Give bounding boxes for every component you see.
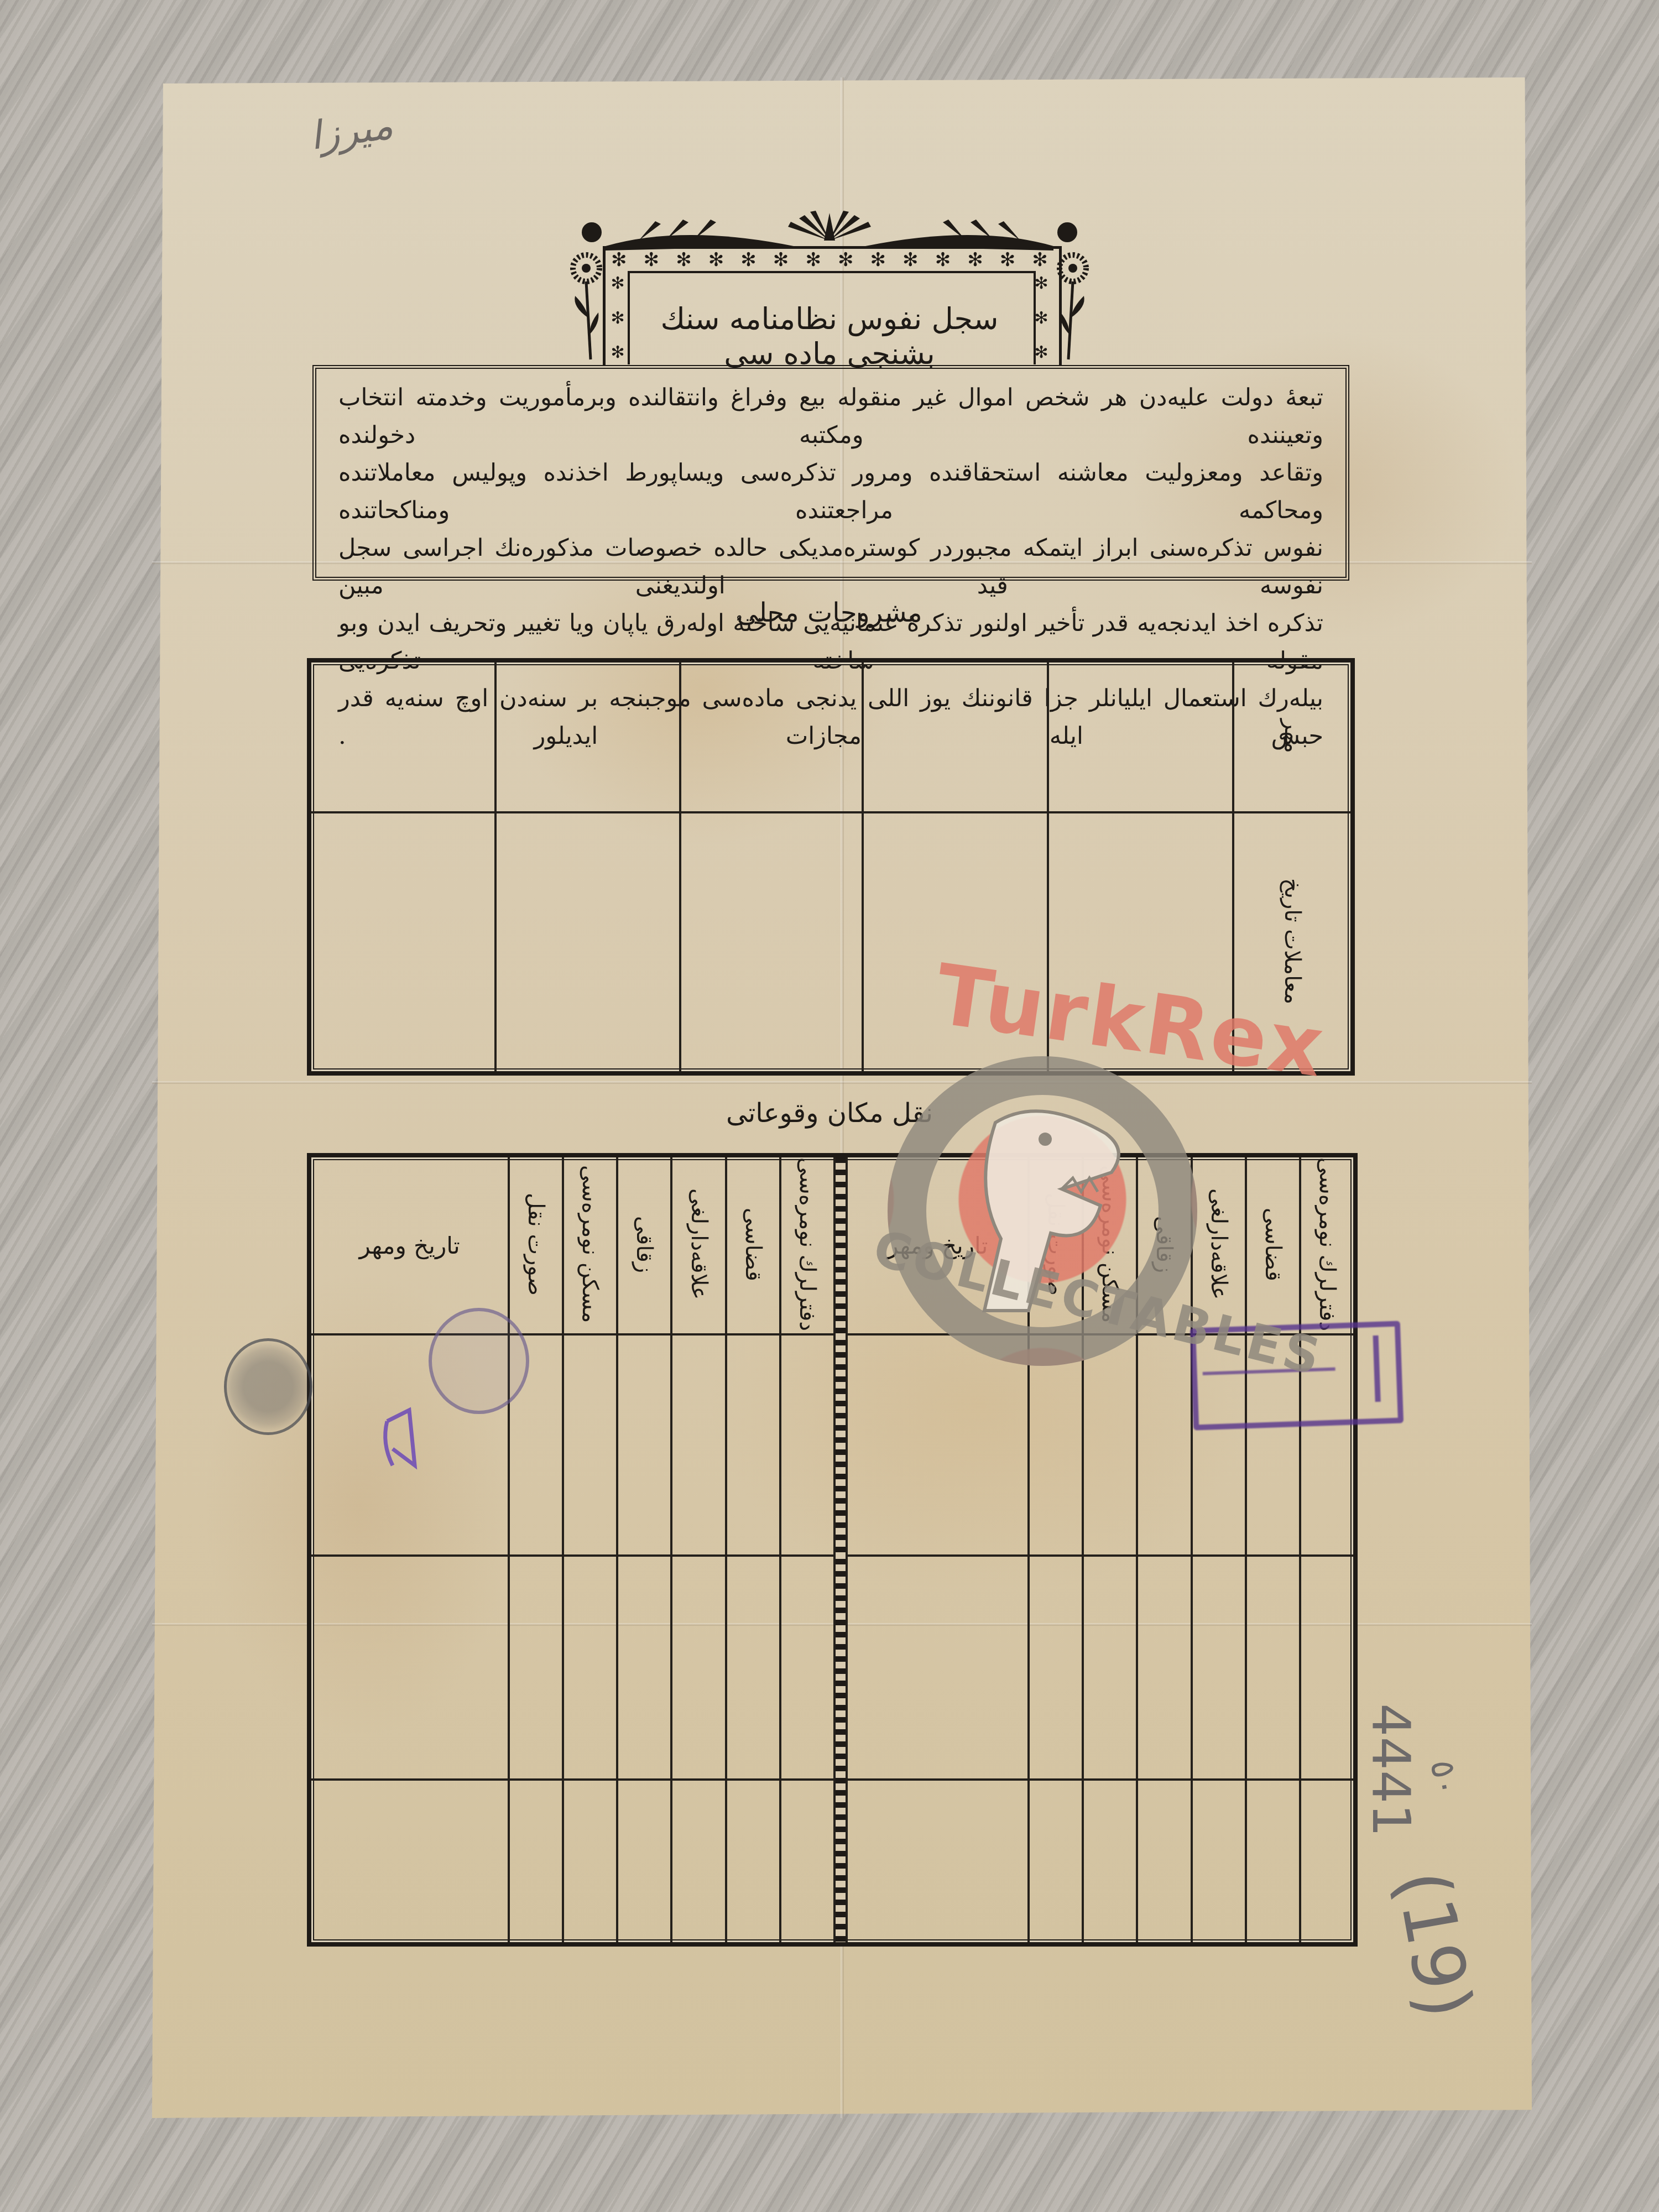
- table-cell[interactable]: [1137, 1780, 1191, 1944]
- horizontal-fold-line: [152, 1081, 1532, 1084]
- section-title-relocation: نقل مكان وقوعاتی: [691, 1098, 968, 1129]
- table-row: معاملات تاریخ: [309, 812, 1353, 1073]
- table-cell[interactable]: [680, 660, 863, 812]
- table-cell[interactable]: [563, 1556, 617, 1780]
- table-cell[interactable]: [726, 1334, 780, 1556]
- table-cell[interactable]: [680, 812, 863, 1073]
- table-cell[interactable]: [1246, 1780, 1300, 1944]
- table-cell[interactable]: [1137, 1334, 1191, 1556]
- side-star-border-left: ✻✻✻: [607, 274, 629, 362]
- header-cell: صورت نقل: [509, 1155, 563, 1334]
- header-cell: دفترلرك نومره‌سی: [1300, 1155, 1355, 1334]
- table-header-row: تاریخ ومهر صورت نقل مسكن نومره‌سی زقاقی …: [309, 1155, 1355, 1334]
- table-cell[interactable]: [726, 1780, 780, 1944]
- header-cell: زقاقی: [617, 1155, 671, 1334]
- relocation-table: تاریخ ومهر صورت نقل مسكن نومره‌سی زقاقی …: [307, 1153, 1358, 1947]
- table-cell[interactable]: [309, 1780, 509, 1944]
- table-cell[interactable]: [1083, 1556, 1137, 1780]
- header-cell: دفترلرك نومره‌سی: [780, 1155, 834, 1334]
- table-row: [309, 1556, 1355, 1780]
- table-cell[interactable]: [1029, 1556, 1083, 1780]
- table-cell[interactable]: [847, 1556, 1029, 1780]
- notice-line: وتقاعد ومعزولیت معاشنه استحقاقنده ومرور …: [338, 454, 1323, 529]
- table-cell[interactable]: [1192, 1556, 1246, 1780]
- table-cell[interactable]: [563, 1780, 617, 1944]
- table-cell[interactable]: [1300, 1556, 1355, 1780]
- round-embossed-seal: [224, 1338, 312, 1435]
- table-cell[interactable]: [1029, 1780, 1083, 1944]
- header-date-seal: تاریخ ومهر: [847, 1155, 1029, 1334]
- table-cell[interactable]: [1048, 660, 1233, 812]
- table-cell[interactable]: [1192, 1780, 1246, 1944]
- table-cell[interactable]: [1300, 1780, 1355, 1944]
- table-cell[interactable]: [495, 660, 681, 812]
- legal-notice-box: تبعهٔ دولت علیه‌دن هر شخص اموال غیر منقو…: [312, 365, 1349, 581]
- table-cell[interactable]: [509, 1780, 563, 1944]
- table-cell[interactable]: [1029, 1334, 1083, 1556]
- rectangular-ink-stamp: [1190, 1321, 1404, 1430]
- table-cell[interactable]: [1083, 1780, 1137, 1944]
- section-title-local-conditions: مشروحات محلی: [719, 597, 940, 628]
- star-border: ✻✻✻✻✻✻✻✻✻✻✻✻✻✻: [611, 252, 1048, 268]
- header-cartouche: ✻✻✻✻✻✻✻✻✻✻✻✻✻✻ ✻✻✻ ✻✻✻ سجل نفوس نظامنامه…: [572, 207, 1087, 362]
- table-cell[interactable]: [780, 1556, 834, 1780]
- header-cell: قضاسی: [726, 1155, 780, 1334]
- row-label-cell: معاملات تاریخ: [1233, 812, 1353, 1073]
- table-cell[interactable]: [617, 1556, 671, 1780]
- table-cell[interactable]: [847, 1334, 1029, 1556]
- table-row: مهر: [309, 660, 1353, 812]
- header-cell: علاقه‌دارلغی: [1192, 1155, 1246, 1334]
- table-cell[interactable]: [309, 1556, 509, 1780]
- table-cell[interactable]: [780, 1780, 834, 1944]
- header-cell: علاقه‌دارلغی: [671, 1155, 726, 1334]
- table-cell[interactable]: [863, 660, 1048, 812]
- table-cell[interactable]: [671, 1556, 726, 1780]
- header-cell: صورت نقل: [1029, 1155, 1083, 1334]
- header-cell: مسكن نومره‌سی: [563, 1155, 617, 1334]
- table-cell[interactable]: [671, 1780, 726, 1944]
- table-cell[interactable]: [309, 660, 495, 812]
- table-cell[interactable]: [1137, 1556, 1191, 1780]
- notice-line: نفوس تذکره‌سنی ابراز ایتمکه مجبوردر کوست…: [338, 529, 1323, 604]
- notice-line: تبعهٔ دولت علیه‌دن هر شخص اموال غیر منقو…: [338, 379, 1323, 454]
- header-cell: مسكن نومره‌سی: [1083, 1155, 1137, 1334]
- row-label-seal: مهر: [1280, 719, 1305, 753]
- purple-initials-icon: [376, 1399, 426, 1477]
- table-cell[interactable]: [726, 1556, 780, 1780]
- form-title: سجل نفوس نظامنامه سنك بشنجی ماده سی: [628, 301, 1031, 371]
- table-cell[interactable]: [563, 1334, 617, 1556]
- row-label-cell: مهر: [1233, 660, 1353, 812]
- table-cell[interactable]: [780, 1334, 834, 1556]
- pencil-number: 4441: [1360, 1703, 1421, 1837]
- pencil-arabic-number: ٥٠: [1422, 1757, 1467, 1799]
- table-cell[interactable]: [509, 1556, 563, 1780]
- flower-ornament-icon: [1056, 246, 1089, 362]
- table-cell[interactable]: [847, 1780, 1029, 1944]
- flower-ornament-icon: [570, 246, 603, 362]
- table-cell[interactable]: [1048, 812, 1233, 1073]
- palmette-crest-icon: [572, 207, 1087, 252]
- table-cell[interactable]: [1083, 1334, 1137, 1556]
- table-cell[interactable]: [617, 1334, 671, 1556]
- table-cell[interactable]: [863, 812, 1048, 1073]
- header-cell: زقاقی: [1137, 1155, 1191, 1334]
- table-row: [309, 1780, 1355, 1944]
- header-cell: قضاسی: [1246, 1155, 1300, 1334]
- table-cell[interactable]: [1246, 1556, 1300, 1780]
- table-cell[interactable]: [617, 1780, 671, 1944]
- table-cell[interactable]: [671, 1334, 726, 1556]
- row-label-transaction-date: معاملات تاریخ: [1280, 878, 1305, 1004]
- center-ornamental-divider: [834, 1155, 847, 1944]
- local-conditions-table: مهر معاملات تاریخ: [307, 658, 1355, 1076]
- table-cell[interactable]: [309, 812, 495, 1073]
- table-cell[interactable]: [495, 812, 681, 1073]
- round-seal-faint: [429, 1308, 529, 1414]
